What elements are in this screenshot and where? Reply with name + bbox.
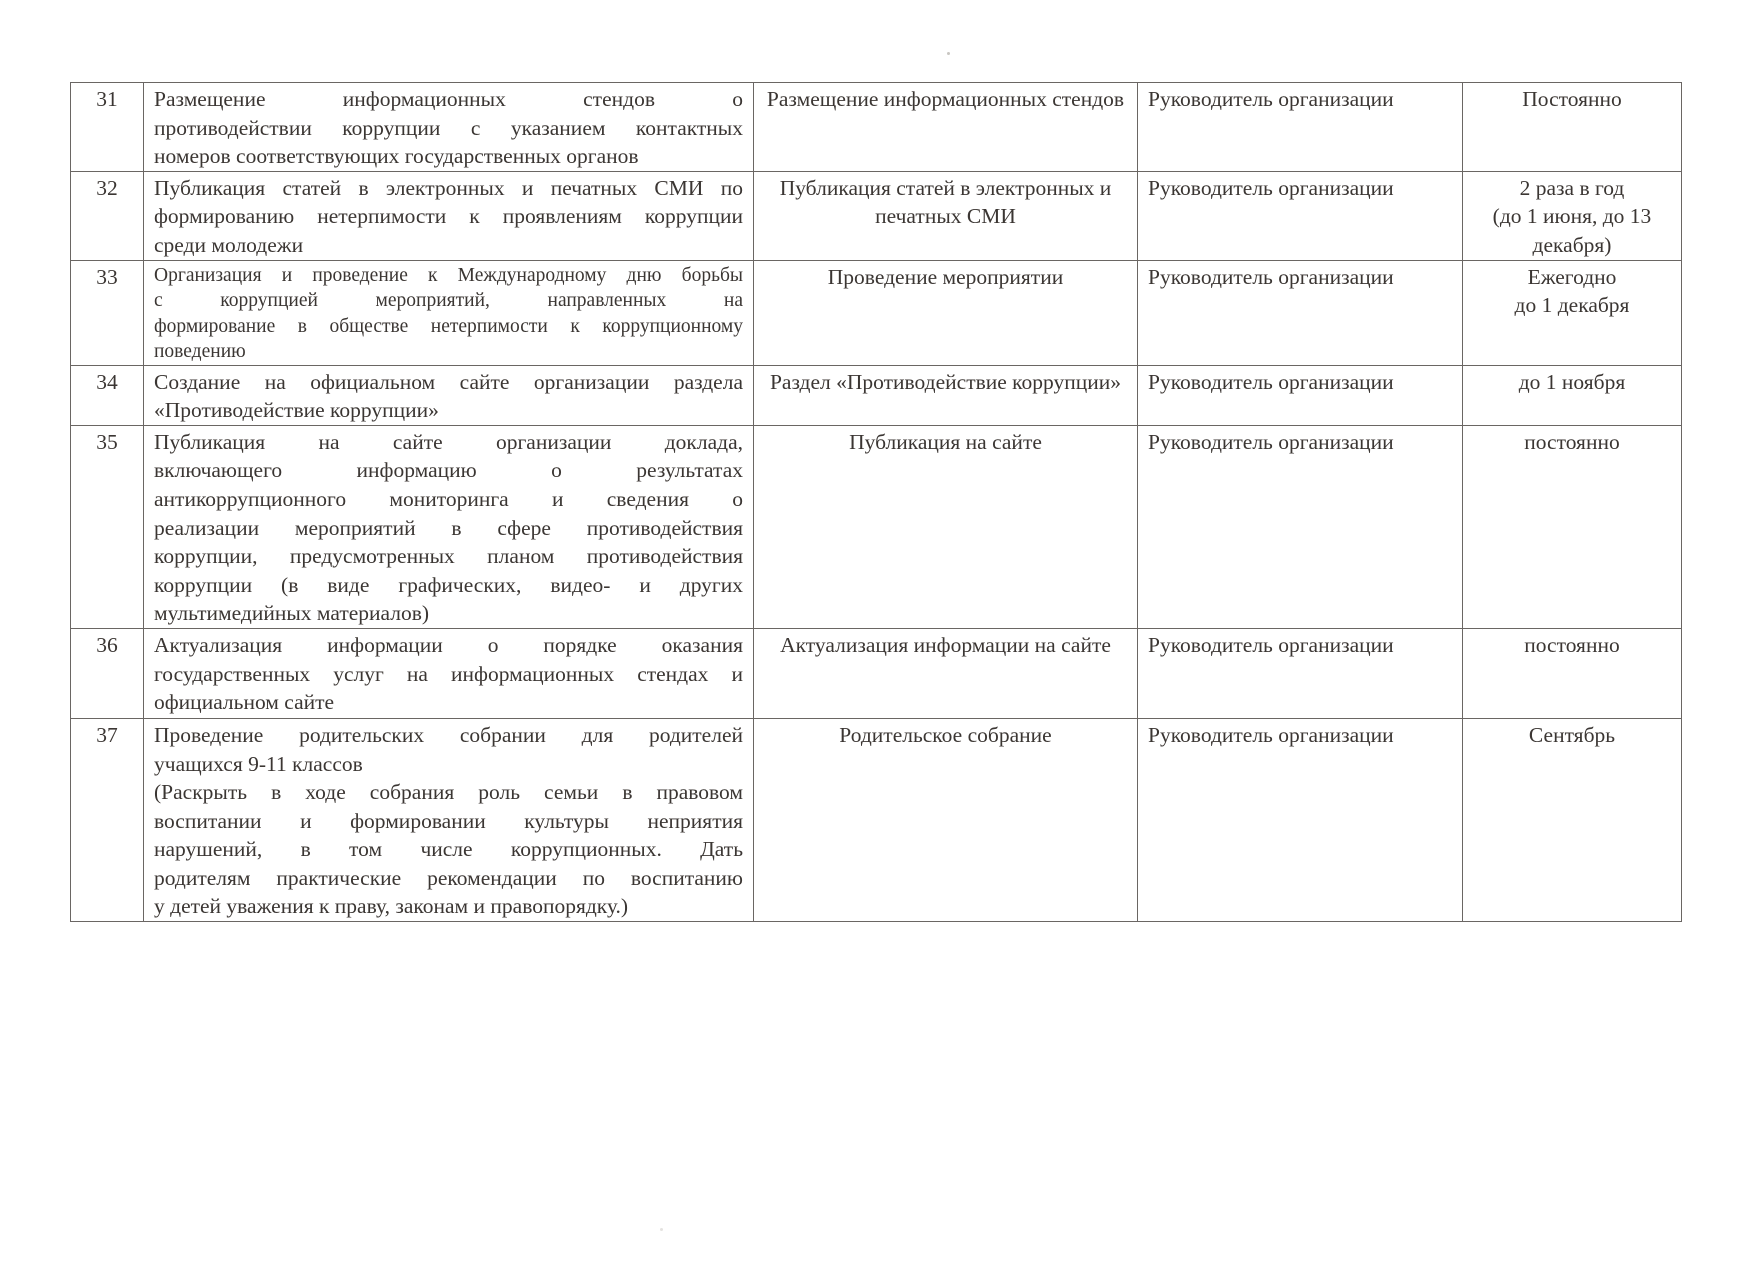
activity-text-line: Размещение информационных стендов о	[154, 85, 743, 114]
deadline-cell: постоянно	[1463, 425, 1682, 628]
responsible-cell: Руководитель организации	[1138, 425, 1463, 628]
row-number: 37	[71, 718, 144, 921]
table-row: 37 Проведение родительских собрании для …	[71, 718, 1682, 921]
deadline-text-line: Постоянно	[1473, 85, 1671, 114]
table-body: 31 Размещение информационных стендов опр…	[71, 83, 1682, 922]
deadline-text-line: 2 раза в год	[1473, 174, 1671, 203]
row-number: 36	[71, 628, 144, 718]
activity-text-line: среди молодежи	[154, 231, 743, 260]
responsible-cell: Руководитель организации	[1138, 83, 1463, 172]
deadline-text-line: до 1 ноября	[1473, 368, 1671, 397]
activity-cell: Создание на официальном сайте организаци…	[144, 365, 754, 425]
activity-text-line: мультимедийных материалов)	[154, 599, 743, 628]
deadline-cell: до 1 ноября	[1463, 365, 1682, 425]
form-cell: Публикация статей в электронных и печатн…	[754, 171, 1138, 260]
deadline-text-line: до 1 декабря	[1473, 291, 1671, 320]
deadline-cell: Постоянно	[1463, 83, 1682, 172]
activity-text-line: Организация и проведение к Международном…	[154, 263, 743, 289]
anti-corruption-plan-table: 31 Размещение информационных стендов опр…	[70, 82, 1682, 922]
form-cell: Проведение мероприятии	[754, 260, 1138, 365]
table-row: 31 Размещение информационных стендов опр…	[71, 83, 1682, 172]
activity-cell: Проведение родительских собрании для род…	[144, 718, 754, 921]
activity-cell: Организация и проведение к Международном…	[144, 260, 754, 365]
deadline-cell: 2 раза в год(до 1 июня, до 13декабря)	[1463, 171, 1682, 260]
activity-cell: Размещение информационных стендов опроти…	[144, 83, 754, 172]
activity-text-line: антикоррупционного мониторинга и сведени…	[154, 485, 743, 514]
activity-text-line: Создание на официальном сайте организаци…	[154, 368, 743, 397]
activity-text-line: родителям практические рекомендации по в…	[154, 864, 743, 893]
activity-text-line: коррупции, предусмотренных планом против…	[154, 542, 743, 571]
form-cell: Родительское собрание	[754, 718, 1138, 921]
activity-text-line: с коррупцией мероприятий, направленных н…	[154, 288, 743, 314]
activity-text-line: формированию нетерпимости к проявлениям …	[154, 202, 743, 231]
row-number: 34	[71, 365, 144, 425]
activity-text-line: реализации мероприятий в сфере противоде…	[154, 514, 743, 543]
deadline-text-line: декабря)	[1473, 231, 1671, 260]
activity-text-line: воспитании и формировании культуры непри…	[154, 807, 743, 836]
activity-text-line: «Противодействие коррупции»	[154, 396, 743, 425]
activity-text-line: государственных услуг на информационных …	[154, 660, 743, 689]
form-cell: Публикация на сайте	[754, 425, 1138, 628]
form-cell: Раздел «Противодействие коррупции»	[754, 365, 1138, 425]
responsible-cell: Руководитель организации	[1138, 628, 1463, 718]
form-cell: Размещение информационных стендов	[754, 83, 1138, 172]
deadline-cell: Сентябрь	[1463, 718, 1682, 921]
row-number: 35	[71, 425, 144, 628]
activity-text-line: поведению	[154, 339, 743, 365]
activity-text-line: коррупции (в виде графических, видео- и …	[154, 571, 743, 600]
activity-text-line: номеров соответствующих государственных …	[154, 142, 743, 171]
table-row: 36 Актуализация информации о порядке ока…	[71, 628, 1682, 718]
responsible-cell: Руководитель организации	[1138, 718, 1463, 921]
responsible-cell: Руководитель организации	[1138, 260, 1463, 365]
activity-text-line: (Раскрыть в ходе собрания роль семьи в п…	[154, 778, 743, 807]
activity-text-line: официальном сайте	[154, 688, 743, 717]
deadline-text-line: постоянно	[1473, 428, 1671, 457]
deadline-text-line: постоянно	[1473, 631, 1671, 660]
deadline-text-line: (до 1 июня, до 13	[1473, 202, 1671, 231]
scan-speck	[947, 52, 950, 55]
activity-cell: Публикация на сайте организации доклада,…	[144, 425, 754, 628]
deadline-text-line: Ежегодно	[1473, 263, 1671, 292]
table-row: 34 Создание на официальном сайте организ…	[71, 365, 1682, 425]
activity-cell: Публикация статей в электронных и печатн…	[144, 171, 754, 260]
activity-text-line: Публикация на сайте организации доклада,	[154, 428, 743, 457]
activity-text-line: Публикация статей в электронных и печатн…	[154, 174, 743, 203]
table-row: 32 Публикация статей в электронных и печ…	[71, 171, 1682, 260]
deadline-text-line: Сентябрь	[1473, 721, 1671, 750]
deadline-cell: Ежегоднодо 1 декабря	[1463, 260, 1682, 365]
scan-speck	[660, 1228, 663, 1231]
activity-text-line: формирование в обществе нетерпимости к к…	[154, 314, 743, 340]
activity-text-line: нарушений, в том числе коррупционных. Да…	[154, 835, 743, 864]
row-number: 31	[71, 83, 144, 172]
activity-text-line: включающего информацию о результатах	[154, 456, 743, 485]
deadline-cell: постоянно	[1463, 628, 1682, 718]
table-row: 33 Организация и проведение к Международ…	[71, 260, 1682, 365]
table-row: 35 Публикация на сайте организации докла…	[71, 425, 1682, 628]
activity-cell: Актуализация информации о порядке оказан…	[144, 628, 754, 718]
responsible-cell: Руководитель организации	[1138, 171, 1463, 260]
activity-text-line: противодействии коррупции с указанием ко…	[154, 114, 743, 143]
row-number: 33	[71, 260, 144, 365]
form-cell: Актуализация информации на сайте	[754, 628, 1138, 718]
responsible-cell: Руководитель организации	[1138, 365, 1463, 425]
activity-text-line: учащихся 9-11 классов	[154, 750, 743, 779]
activity-text-line: у детей уважения к праву, законам и прав…	[154, 892, 743, 921]
activity-text-line: Проведение родительских собрании для род…	[154, 721, 743, 750]
activity-text-line: Актуализация информации о порядке оказан…	[154, 631, 743, 660]
row-number: 32	[71, 171, 144, 260]
